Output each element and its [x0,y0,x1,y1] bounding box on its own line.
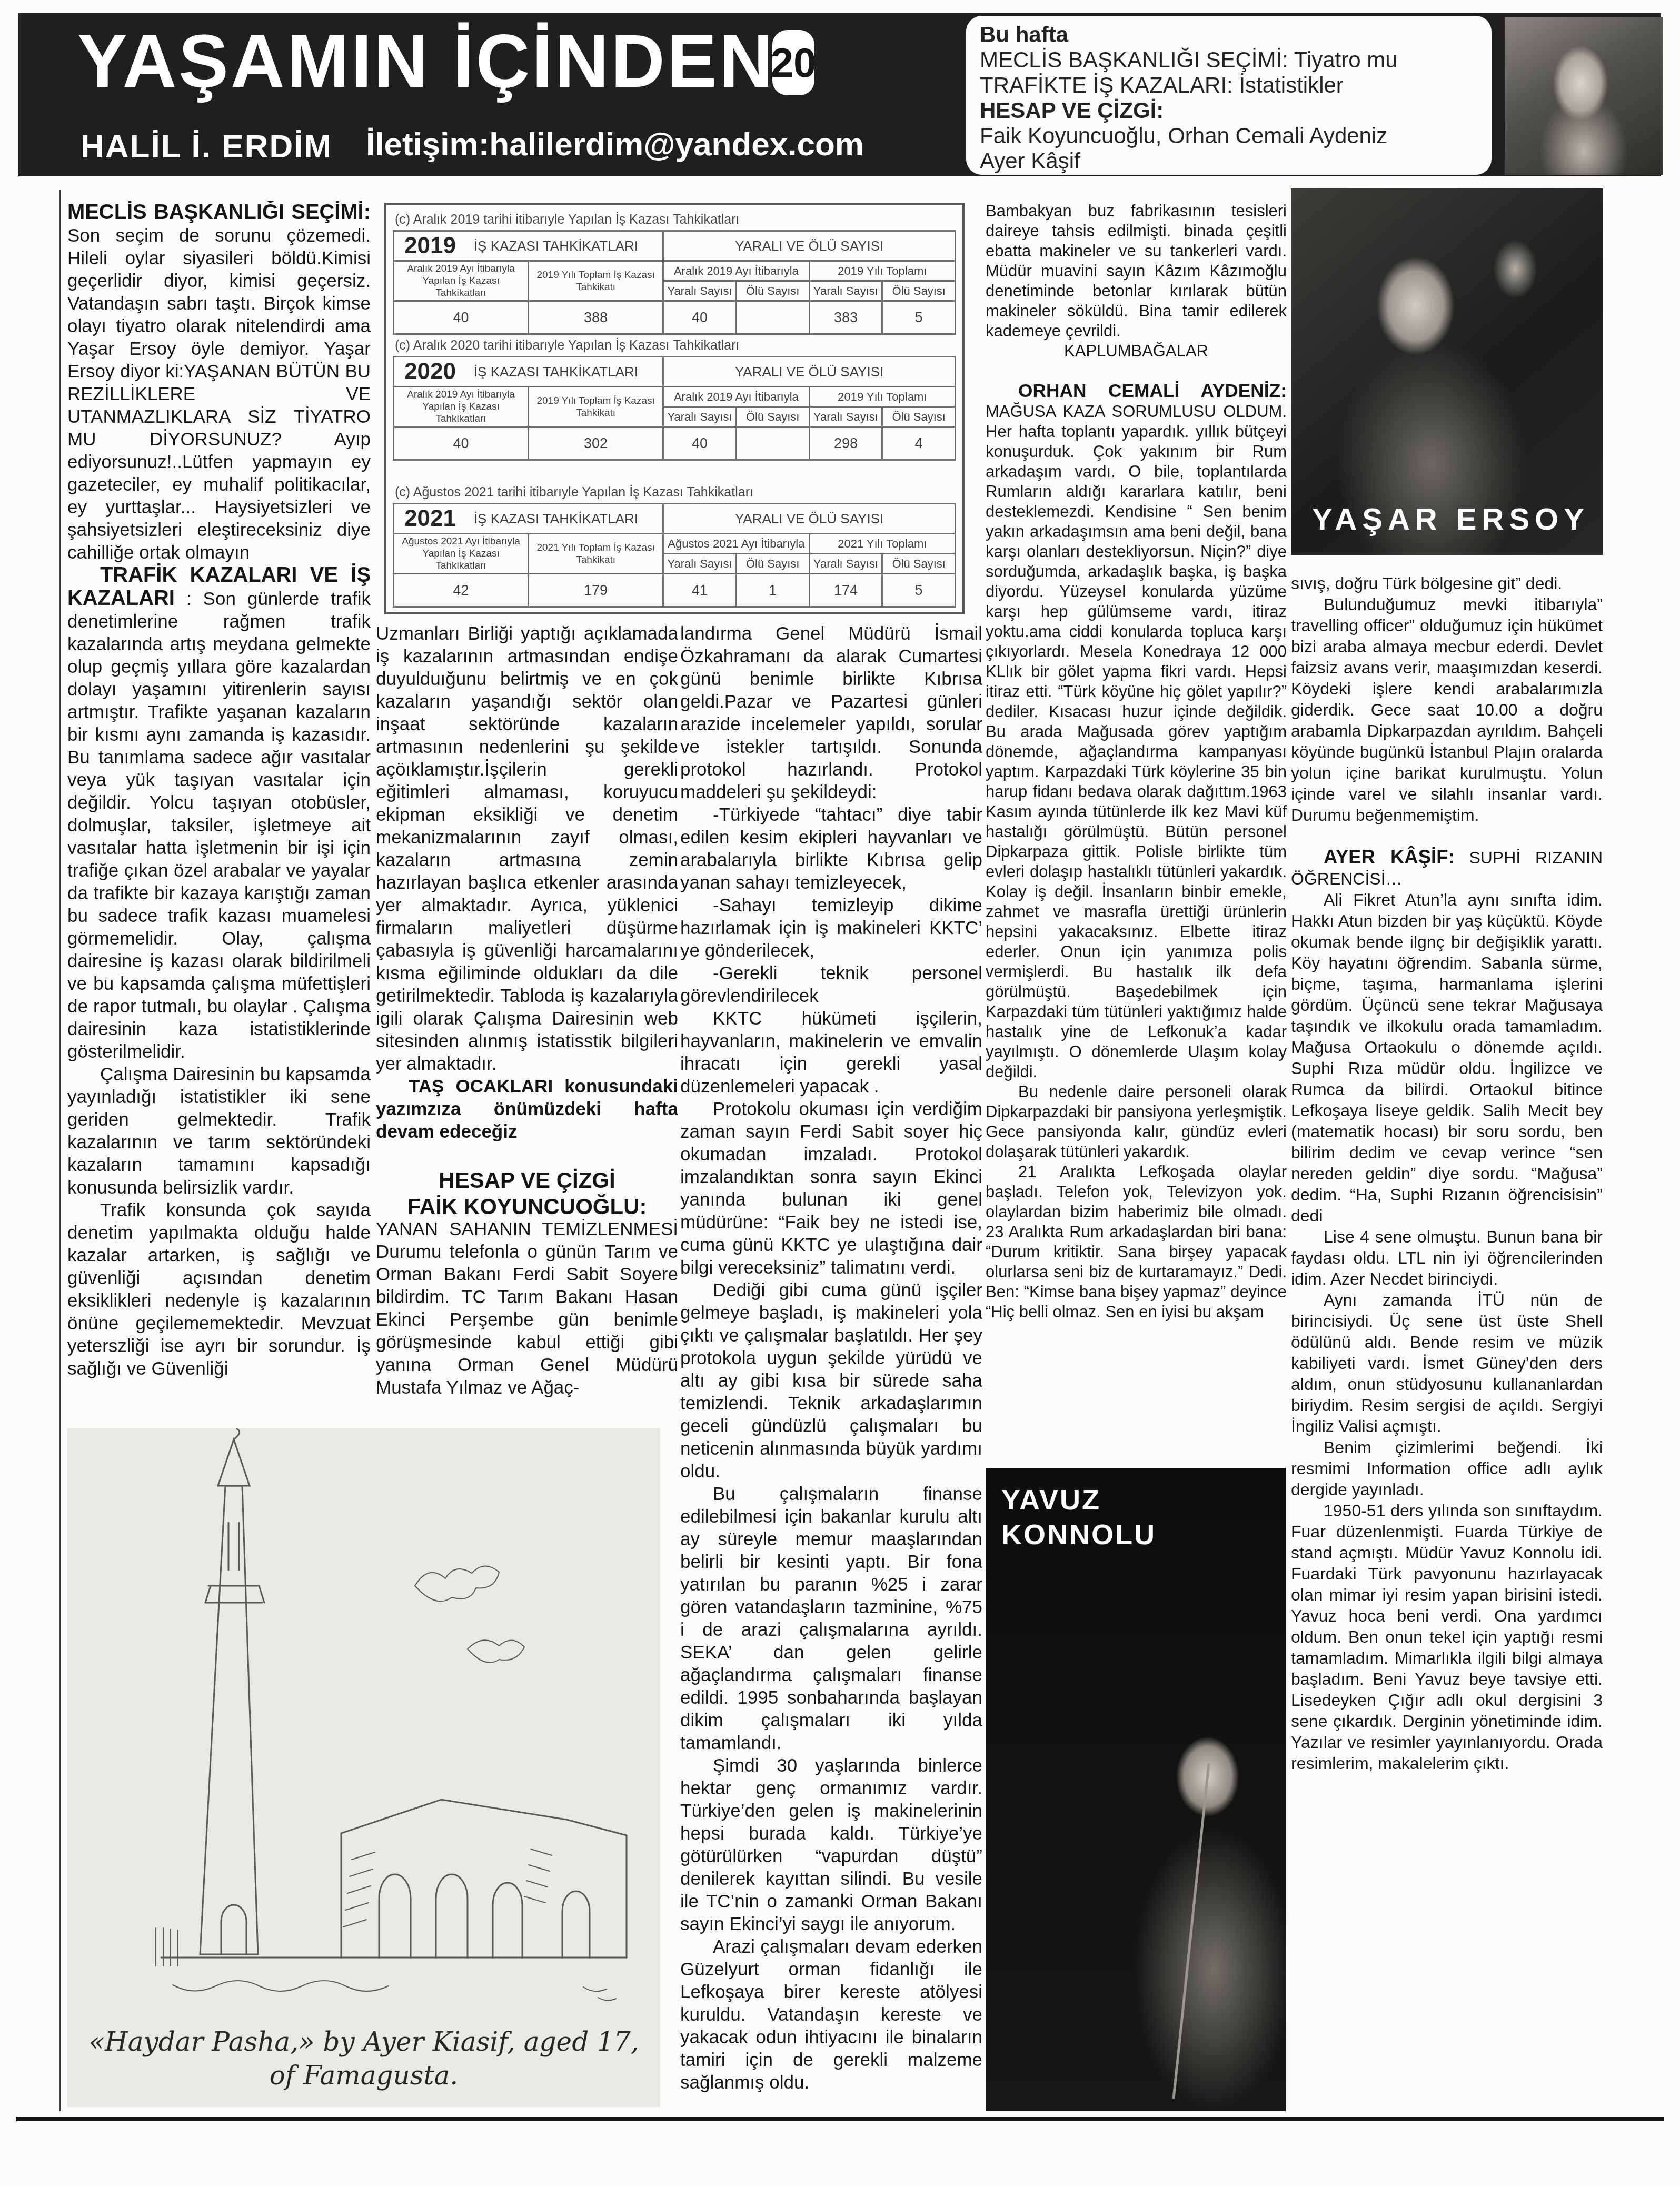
column-4: Bambakyan buz fabrikasının tesisleri dai… [986,201,1287,1460]
yavuz-konnolu-photo: YAVUZ KONNOLU [986,1468,1286,2111]
table-cell: 1 [736,574,809,607]
table-2020: 2020İŞ KAZASI TAHKİKATLARI YARALI VE ÖLÜ… [393,356,956,461]
article-paragraph: Protokolu okuması için verdiğim zaman sa… [680,1098,982,1279]
table-note: 2020 ve 2021 yıllarında pandemi nedeniyl… [395,614,956,614]
table-col-header: Aralık 2019 Ayı İtibarıyla Yapılan İş Ka… [394,387,529,427]
table-subheader: Yaralı Sayısı [663,407,737,427]
table-col-header: Aralık 2019 Ayı İtibarıyla Yapılan İş Ka… [394,261,529,301]
table-group-right: YARALI VE ÖLÜ SAYISI [663,231,956,261]
paragraph-text: Son seçim de sorunu çözemedi. Hileli oyl… [67,225,371,563]
table-subheader: Yaralı Sayısı [809,281,882,301]
table-subheader: Yaralı Sayısı [809,554,882,574]
table-cell: 5 [882,574,956,607]
table-row: 40 302 40 298 4 [394,427,956,460]
section-heading: KAPLUMBAĞALAR [986,341,1287,361]
table-subgroup: Ağustos 2021 Ayı İtibarıyla [663,534,809,554]
photo-caption: YAVUZ KONNOLU [1001,1483,1156,1552]
table-col-header: 2021 Yılı Toplam İş Kazası Tahkikatı [529,534,663,574]
statistics-tables: (c) Aralık 2019 tarihi itibarıyle Yapıla… [384,203,965,614]
author-name: HALİL İ. ERDİM [81,128,332,165]
table-row: 40 388 40 383 5 [394,301,956,334]
article-paragraph: MECLİS BAŞKANLIĞI SEÇİMİ: Son seçim de s… [67,201,371,564]
photo-caption: YAŞAR ERSOY [1312,502,1589,537]
article-paragraph: Bambakyan buz fabrikasının tesisleri dai… [986,201,1287,341]
article-paragraph: Şimdi 30 yaşlarında binlerce hektar genç… [680,1754,982,1935]
article-paragraph: landırma Genel Müdürü İsmail Özkahramanı… [680,622,982,803]
article-paragraph: YANAN SAHANIN TEMİZLENMESİ Durumu telefo… [376,1218,678,1399]
table-subgroup: Aralık 2019 Ayı İtibarıyla [663,387,809,407]
paragraph-text: MAĞUSA KAZA SORUMLUSU OLDUM. Her hafta t… [986,402,1287,1081]
article-heading: MECLİS BAŞKANLIĞI SEÇİMİ: [67,201,371,224]
photo-caption-line: KONNOLU [1001,1517,1156,1552]
article-paragraph: Ali Fikret Atun’la aynı sınıfta idim. Ha… [1291,889,1603,1226]
column-2: Uzmanları Birliği yaptığı açıklamada iş … [376,622,678,1407]
article-paragraph: TAŞ OCAKLARI konusundaki yazımzıza önümü… [376,1075,678,1143]
article-paragraph: KKTC hükümeti işçilerin, hayvanların, ma… [680,1007,982,1098]
article-paragraph: Bu çalışmaların finanse edilebilmesi içi… [680,1483,982,1754]
table-cell: 388 [529,301,663,334]
article-paragraph: AYER KÂŞİF: SUPHİ RIZANIN ÖĞRENCİSİ… [1291,847,1603,889]
drawing-caption: «Haydar Pasha,» by Ayer Kiasif, aged 17,… [67,2025,660,2092]
table-subheader: Ölü Sayısı [882,281,956,301]
table-cell: 179 [529,574,663,607]
article-paragraph: Trafik konsunda çok sayıda denetim yapıl… [67,1199,371,1380]
table-cell: 40 [663,301,737,334]
article-paragraph: Uzmanları Birliği yaptığı açıklamada iş … [376,622,678,1075]
table-group-left: İŞ KAZASI TAHKİKATLARI [474,238,638,254]
article-heading: ORHAN CEMALİ AYDENİZ: [1018,381,1287,401]
page-bottom-rule [16,2117,1664,2121]
article-paragraph: 21 Aralıkta Lefkoşada olaylar başladı. T… [986,1162,1287,1322]
table-col-header: 2019 Yılı Toplam İş Kazası Tahkikatı [529,261,663,301]
table-cell: 40 [394,427,529,460]
table-subgroup: 2021 Yılı Toplamı [809,534,955,554]
table-2021: 2021İŞ KAZASI TAHKİKATLARI YARALI VE ÖLÜ… [393,503,956,608]
sketch-artwork [67,1428,660,2107]
column-1: MECLİS BAŞKANLIĞI SEÇİMİ: Son seçim de s… [67,201,371,1412]
article-heading: AYER KÂŞİF: [1324,846,1455,868]
section-heading: HESAP VE ÇİZGİ [376,1166,678,1195]
drawing-caption-line: of Famagusta. [67,2059,660,2092]
table-cell: 298 [809,427,882,460]
table-cell: 42 [394,574,529,607]
table-caption-2020: (c) Aralık 2020 tarihi itibarıyle Yapıla… [395,338,956,353]
table-group-right: YARALI VE ÖLÜ SAYISI [663,504,956,534]
photo-caption-line: YAVUZ [1001,1483,1156,1517]
table-subheader: Yaralı Sayısı [809,407,882,427]
table-cell: 40 [394,301,529,334]
table-year: 2021 [404,505,456,532]
table-subheader: Yaralı Sayısı [663,554,737,574]
table-cell: 41 [663,574,737,607]
table-cell: 5 [882,301,956,334]
newspaper-page: YAŞAMIN İÇİNDEN 20 HALİL İ. ERDİM İletiş… [0,0,1680,2186]
table-group-right: YARALI VE ÖLÜ SAYISI [663,357,956,387]
table-cell: 40 [663,427,737,460]
column-3: landırma Genel Müdürü İsmail Özkahramanı… [680,622,982,2141]
article-paragraph: ORHAN CEMALİ AYDENİZ: MAĞUSA KAZA SORUML… [986,381,1287,1082]
table-subheader: Ölü Sayısı [736,281,809,301]
table-subheader: Ölü Sayısı [882,407,956,427]
haydar-pasha-drawing: «Haydar Pasha,» by Ayer Kiasif, aged 17,… [67,1428,660,2107]
page-title: YAŞAMIN İÇİNDEN [77,18,775,105]
table-subheader: Ölü Sayısı [736,554,809,574]
table-year: 2020 [404,359,456,385]
left-column-rule [59,190,61,2111]
table-cell [736,301,809,334]
article-paragraph: Arazi çalışmaları devam ederken Güzelyur… [680,1935,982,2094]
table-cell: 383 [809,301,882,334]
table-caption-2021: (c) Ağustos 2021 tarihi itibarıyle Yapıl… [395,485,956,500]
table-subheader: Ölü Sayısı [882,554,956,574]
article-paragraph: -Sahayı temizleyip dikime hazırlamak içi… [680,894,982,962]
table-cell [736,427,809,460]
table-subgroup: 2019 Yılı Toplamı [809,261,955,281]
this-week-topic: TRAFİKTE İŞ KAZALARI: İstatistikler [980,73,1478,98]
table-group-left: İŞ KAZASI TAHKİKATLARI [474,511,638,527]
article-paragraph: 1950-51 ders yılında son sınıftaydım. Fu… [1291,1500,1603,1774]
table-cell: 4 [882,427,956,460]
drawing-caption-line: «Haydar Pasha,» by Ayer Kiasif, aged 17, [67,2025,660,2059]
yasar-ersoy-photo: YAŞAR ERSOY [1291,188,1603,555]
article-paragraph: -Gerekli teknik personel görevlendirilec… [680,962,982,1007]
article-paragraph: Lise 4 sene olmuştu. Bunun bana bir fayd… [1291,1226,1603,1289]
table-caption-2019: (c) Aralık 2019 tarihi itibarıyle Yapıla… [395,212,956,227]
article-paragraph: TRAFİK KAZALARI VE İŞ KAZALARI : Son gün… [67,564,371,1063]
paragraph-text: : Son günlerde trafik denetimlerine rağm… [67,589,371,1062]
table-subheader: Yaralı Sayısı [663,281,737,301]
table-subgroup: Aralık 2019 Ayı İtibarıyla [663,261,809,281]
this-week-topic: HESAP VE ÇİZGİ: [980,98,1478,123]
table-col-header: 2019 Yılı Toplam İş Kazası Tahkikatı [529,387,663,427]
article-paragraph: Bulunduğumuz mevki itibarıyla” travellin… [1291,594,1603,826]
contact-email: İletişim:halilerdim@yandex.com [366,126,864,163]
this-week-box: Bu hafta MECLİS BAŞKANLIĞI SEÇİMİ: Tiyat… [966,16,1492,175]
this-week-label: Bu hafta [980,22,1478,47]
table-subgroup: 2019 Yılı Toplamı [809,387,955,407]
this-week-authors: Faik Koyuncuoğlu, Orhan Cemali Aydeniz [980,123,1478,148]
table-cell: 302 [529,427,663,460]
table-2019: 2019İŞ KAZASI TAHKİKATLARI YARALI VE ÖLÜ… [393,230,956,335]
page-number-badge: 20 [772,30,814,95]
table-year: 2019 [404,233,456,259]
table-cell: 174 [809,574,882,607]
article-paragraph: Dediği gibi cuma günü işçiler gelmeye ba… [680,1279,982,1483]
columnist-photo [1505,17,1663,175]
article-paragraph: Aynı zamanda İTÜ nün de birincisiydi. Üç… [1291,1289,1603,1437]
article-paragraph: Çalışma Dairesinin bu kapsamda yayınladı… [67,1063,371,1199]
this-week-authors: Ayer Kâşif [980,148,1478,174]
column-5: sıvış, doğru Türk bölgesine git” dedi. B… [1291,573,1603,2115]
article-paragraph: Bu nedenle daire personeli olarak Dipkar… [986,1082,1287,1162]
table-subheader: Ölü Sayısı [736,407,809,427]
table-row: 42 179 41 1 174 5 [394,574,956,607]
table-col-header: Ağustos 2021 Ayı İtibarıyla Yapılan İş K… [394,534,529,574]
section-heading: FAİK KOYUNCUOĞLU: [376,1195,678,1218]
article-paragraph: sıvış, doğru Türk bölgesine git” dedi. [1291,573,1603,594]
table-group-left: İŞ KAZASI TAHKİKATLARI [474,364,638,380]
microphone-stand [1172,1763,1210,2099]
this-week-topic: MECLİS BAŞKANLIĞI SEÇİMİ: Tiyatro mu [980,47,1478,73]
article-paragraph: Benim çizimlerimi beğendi. İki resmimi I… [1291,1437,1603,1500]
article-paragraph: -Türkiyede “tahtacı” diye tabir edilen k… [680,803,982,894]
